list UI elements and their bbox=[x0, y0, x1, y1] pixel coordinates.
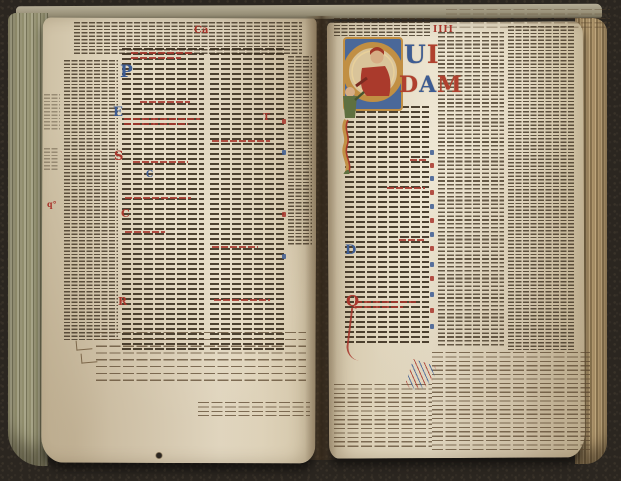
pen-initial-Q: Q bbox=[346, 294, 359, 309]
rubric-line bbox=[355, 306, 403, 308]
left-inner-gloss-strip bbox=[288, 56, 312, 246]
paraph-mark bbox=[430, 163, 434, 168]
rubric-line bbox=[125, 231, 165, 233]
rubric-line bbox=[355, 301, 417, 303]
paraph-mark bbox=[430, 218, 434, 223]
rubric-line bbox=[410, 159, 426, 161]
rubric-line bbox=[124, 118, 200, 120]
incipit-display-line-2: DAM bbox=[399, 74, 463, 96]
incipit-display-line-1: UI bbox=[404, 42, 440, 67]
display-letter: D bbox=[399, 72, 419, 98]
rubric-line bbox=[212, 140, 270, 142]
tail-leaf-ornament bbox=[343, 170, 349, 174]
paraph-mark bbox=[430, 246, 434, 251]
pen-initial-R: R bbox=[118, 296, 127, 307]
historiated-initial-miniature bbox=[334, 34, 408, 174]
youth-head bbox=[345, 87, 355, 97]
parchment-hole bbox=[155, 452, 163, 459]
paraph-mark bbox=[430, 232, 434, 237]
rubric-line bbox=[124, 123, 188, 125]
rubric-line bbox=[133, 161, 188, 163]
left-margin-note-2 bbox=[44, 148, 58, 172]
left-text-column-2 bbox=[210, 48, 284, 352]
left-bottom-note bbox=[198, 402, 310, 416]
display-letter: A bbox=[419, 72, 437, 98]
annotation-bracket-icon bbox=[81, 352, 98, 363]
paraph-mark bbox=[430, 324, 434, 329]
display-letter: M bbox=[437, 72, 462, 98]
left-bottom-annotations bbox=[96, 332, 306, 384]
paraph-mark bbox=[430, 276, 434, 281]
left-outer-gloss-column bbox=[64, 60, 118, 340]
paraph-mark bbox=[430, 292, 434, 297]
rubric-line bbox=[140, 101, 190, 103]
rubric-line bbox=[131, 52, 193, 54]
pen-initial-P: P bbox=[120, 64, 133, 81]
rubric-line bbox=[387, 187, 425, 189]
pen-initial-S: S bbox=[114, 150, 123, 163]
paraph-mark bbox=[430, 262, 434, 267]
pen-initial-C: C bbox=[121, 208, 130, 219]
chapter-mark: Ca bbox=[194, 25, 208, 36]
rubric-line bbox=[212, 246, 258, 248]
rubric-line bbox=[131, 57, 181, 59]
paraph-mark bbox=[430, 190, 434, 195]
right-outer-gloss-column bbox=[508, 26, 574, 350]
scholar-head bbox=[371, 51, 384, 64]
paraph-mark bbox=[430, 176, 434, 181]
margin-chapter-mark: q° bbox=[47, 199, 57, 209]
paraph-mark bbox=[430, 150, 434, 155]
right-bottom-annotations-main bbox=[432, 352, 590, 452]
paraph-mark bbox=[282, 119, 286, 124]
display-letter: U bbox=[404, 40, 427, 69]
pen-initial-T: T bbox=[263, 114, 270, 123]
annotation-bracket-icon bbox=[76, 339, 93, 350]
pen-initial-E: E bbox=[113, 106, 123, 119]
book-number-header: IIII bbox=[433, 25, 454, 35]
right-bottom-annotations-left bbox=[334, 384, 432, 450]
manuscript-photo: Ca q° P E S C C R T IIII UI DA bbox=[0, 0, 621, 481]
rubric-line bbox=[125, 197, 191, 199]
left-text-column-1 bbox=[122, 48, 204, 352]
display-letter: I bbox=[427, 40, 440, 69]
left-margin-note-1 bbox=[44, 94, 60, 130]
paraph-mark bbox=[282, 150, 286, 155]
rubric-line bbox=[399, 239, 426, 241]
paraph-mark bbox=[430, 204, 434, 209]
pen-initial-C: C bbox=[146, 171, 153, 180]
paraph-mark bbox=[282, 254, 286, 259]
paraph-mark bbox=[282, 212, 286, 217]
paraph-mark bbox=[430, 308, 434, 313]
pen-initial-D: D bbox=[345, 244, 356, 257]
rubric-line bbox=[214, 299, 270, 301]
